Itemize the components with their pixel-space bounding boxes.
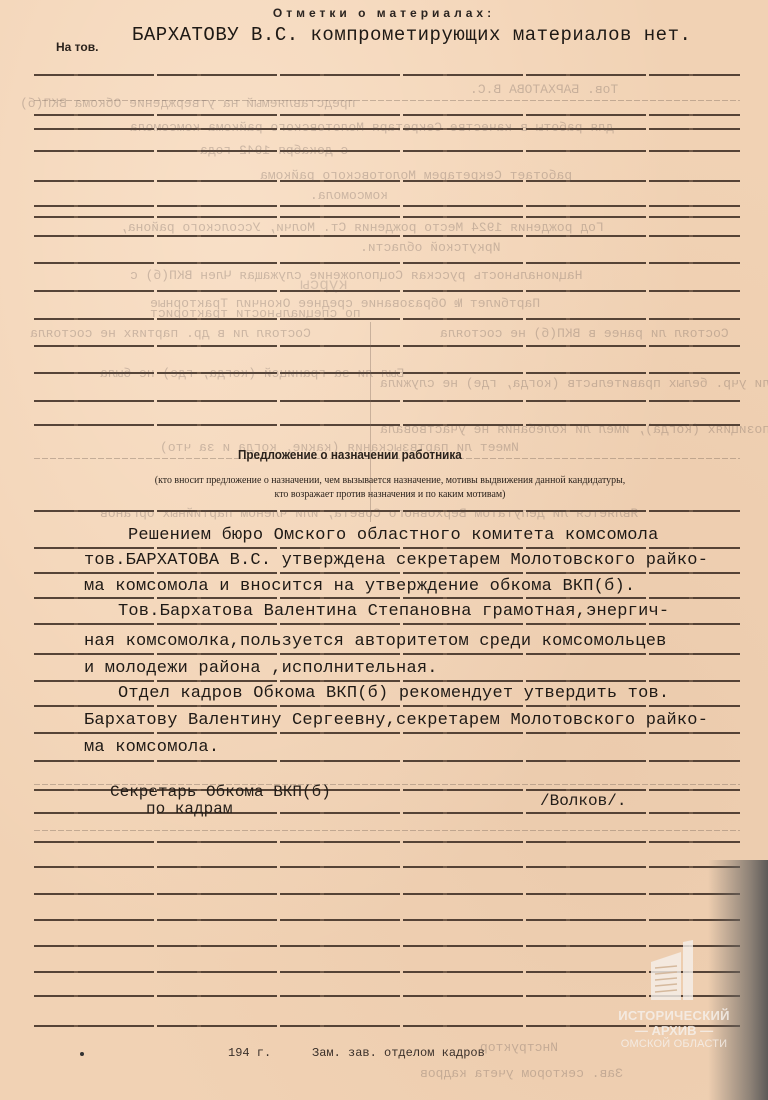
bleed-through-text: представляемый на утверждение Обкома ВКП… xyxy=(20,96,355,111)
signatory-title: Секретарь Обкома ВКП(б) xyxy=(110,783,331,801)
body-line: ма комсомола и вносится на утверждение о… xyxy=(84,577,635,596)
rule-line xyxy=(34,290,740,292)
rule-line xyxy=(34,866,740,868)
rule-line xyxy=(34,205,740,207)
bleed-through-text: Год рождения 1924 Место рождения Ст. Мол… xyxy=(120,220,604,235)
bleed-through-text: Служил ли в войсках или учр. белых прави… xyxy=(380,376,768,391)
archive-building-icon xyxy=(649,940,699,1002)
footer-position: Зам. зав. отделом кадров xyxy=(312,1046,485,1060)
rule-line xyxy=(34,830,740,831)
rule-line xyxy=(34,623,740,625)
rule-line xyxy=(34,345,740,347)
body-line: Отдел кадров Обкома ВКП(б) рекомендует у… xyxy=(118,684,669,703)
rule-line xyxy=(34,114,740,116)
watermark-line3: ОМСКОЙ ОБЛАСТИ xyxy=(612,1038,736,1050)
rule-line xyxy=(34,919,740,921)
watermark-line2: — АРХИВ — xyxy=(612,1023,736,1038)
bleed-through-text: Иркутской области. xyxy=(360,240,500,255)
rule-line xyxy=(34,235,740,237)
na-tov-label: На тов. xyxy=(56,40,98,54)
footer-bullet xyxy=(80,1052,84,1056)
body-line: тов.БАРХАТОВА В.С. утверждена секретарем… xyxy=(84,551,708,570)
body-line: Решением бюро Омского областного комитет… xyxy=(128,526,659,545)
bleed-through-text: Был ли за границей (когда, где) не была xyxy=(100,366,404,381)
rule-line xyxy=(34,216,740,218)
document-page: Тов. БАРХАТОВА В.С. представляемый на ут… xyxy=(0,0,768,1100)
bleed-through-text: Участвовал ли в оппозициях (когда), имел… xyxy=(380,422,768,437)
bleed-through-text: по специальности тракторист xyxy=(150,306,361,321)
rule-line xyxy=(34,572,740,574)
section-hint: (кто вносит предложение о назначении, че… xyxy=(75,473,705,501)
section-title: Предложение о назначении работника xyxy=(238,447,462,462)
signatory-title-2: по кадрам xyxy=(146,800,232,818)
bleed-through-text: курсы xyxy=(300,276,348,294)
bleed-through-text: работает Секретарем Молотовского райкома xyxy=(260,168,572,183)
rule-line xyxy=(34,400,740,402)
bleed-through-text: Состоял ли в др. партиях не состояла xyxy=(30,326,311,341)
archive-watermark: ИСТОРИЧЕСКИЙ — АРХИВ — ОМСКОЙ ОБЛАСТИ xyxy=(612,940,736,1050)
body-line: ная комсомолка,пользуется авторитетом ср… xyxy=(84,632,667,651)
bleed-through-text: Состоял ли ранее в ВКП(б) не состояла xyxy=(440,326,729,341)
rule-line xyxy=(34,680,740,682)
section-hint-line: кто возражает против назначения и по как… xyxy=(75,487,705,501)
watermark-line1: ИСТОРИЧЕСКИЙ xyxy=(612,1008,736,1023)
body-line: Тов.Бархатова Валентина Степановна грамо… xyxy=(118,602,669,621)
signatory-name: /Волков/. xyxy=(540,792,626,810)
rule-line xyxy=(34,150,740,152)
rule-line xyxy=(34,318,740,320)
body-line: ма комсомола. xyxy=(84,738,219,757)
materials-header: Отметки о материалах: xyxy=(0,6,768,20)
rule-line xyxy=(34,547,740,549)
rule-line xyxy=(34,732,740,734)
body-line: Бархатову Валентину Сергеевну,секретарем… xyxy=(84,711,708,730)
bleed-through-text: Национальность русская Соцположение служ… xyxy=(130,268,582,283)
body-line: и молодежи района ,исполнительная. xyxy=(84,659,438,678)
rule-line xyxy=(34,760,740,762)
bleed-through-text: Инструктор xyxy=(480,1040,558,1055)
footer-year: 194 г. xyxy=(228,1046,271,1060)
rule-line xyxy=(34,812,740,814)
bleed-through-text: для работы в качестве Секретаря Молотовс… xyxy=(130,120,614,135)
rule-line xyxy=(34,597,740,599)
rule-line xyxy=(34,705,740,707)
bleed-through-text: Является ли депутатом Верховного Совета,… xyxy=(100,506,638,521)
bleed-through-text: с декабря 1942 года xyxy=(200,143,348,158)
bleed-through-text: Тов. БАРХАТОВА В.С. xyxy=(470,82,618,97)
bleed-through-text: Зав. сектором учета кадров xyxy=(420,1066,623,1081)
section-hint-line: (кто вносит предложение о назначении, че… xyxy=(75,473,705,487)
rule-line xyxy=(34,841,740,843)
na-tov-value: БАРХАТОВУ В.С. компрометирующих материал… xyxy=(132,24,691,46)
rule-line xyxy=(34,893,740,895)
rule-line xyxy=(34,74,740,76)
bleed-through-text: комсомола. xyxy=(310,188,388,203)
rule-line xyxy=(34,653,740,655)
rule-line xyxy=(34,262,740,264)
